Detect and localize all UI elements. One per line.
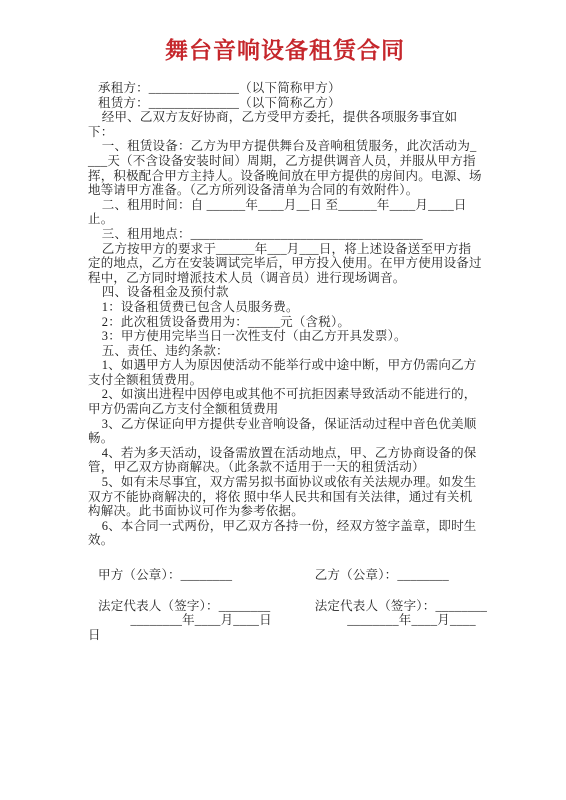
party-b-seal-line: 乙方（公章）：________ [305, 568, 482, 583]
party-b-representative-cell: 法定代表人（签字）：________ ________年____月____ [305, 599, 482, 628]
party-b-representative-line: 法定代表人（签字）：________ [305, 599, 482, 614]
lessor-party-line: 租赁方：______________（以下简称乙方） [88, 96, 482, 111]
clause-4-item-3: 3：甲方使用完毕当日一次性支付（由乙方开具发票）。 [88, 329, 482, 344]
clause-5-item-2: 2、如演出进程中因停电或其他不可抗拒因素导致活动不能进行的，甲方仍需向乙方支付全… [88, 387, 482, 416]
intro-paragraph: 经甲、乙双方友好协商，乙方受甲方委托，提供各项服务事宜如下： [88, 110, 482, 139]
party-a-representative-line: 法定代表人（签字）：________ [88, 599, 305, 614]
signature-spacer [88, 583, 482, 599]
party-a-representative-cell: 法定代表人（签字）：________ ________年____月____日 [88, 599, 305, 628]
clause-4-heading-rent-prepayment: 四、设备租金及预付款 [88, 285, 482, 300]
clause-4-item-1: 1：设备租赁费已包含人员服务费。 [88, 300, 482, 315]
clause-3-delivery-paragraph: 乙方按甲方的要求于______年___月___日，将上述设备送至甲方指定的地点，… [88, 242, 482, 286]
party-a-seal-line: 甲方（公章）：________ [88, 568, 305, 583]
party-b-date-line: ________年____月____ [305, 613, 482, 628]
clause-5-item-4: 4、若为多天活动，设备需放置在活动地点，甲、乙方协商设备的保管，甲乙双方协商解决… [88, 446, 482, 475]
party-a-date-line: ________年____月____日 [88, 613, 305, 628]
clause-1-equipment: 一、租赁设备：乙方为甲方提供舞台及音响租赁服务，此次活动为____天（不含设备安… [88, 139, 482, 197]
party-b-date-wrapped-character: 日 [88, 628, 482, 643]
representative-row: 法定代表人（签字）：________ ________年____月____日 法… [88, 599, 482, 628]
signature-block: 甲方（公章）：________ 乙方（公章）：________ 法定代表人（签字… [88, 568, 482, 642]
lessee-party-line: 承租方：______________（以下简称甲方） [88, 81, 482, 96]
clause-5-item-5: 5、如有未尽事宜，双方需另拟书面协议或依有关法规办理。如发生双方不能协商解决的，… [88, 475, 482, 519]
clause-5-heading-liability: 五、责任、违约条款： [88, 344, 482, 359]
clause-6-validity: 6、本合同一式两份，甲乙双方各持一份，经双方签字盖章，即时生效。 [88, 519, 482, 548]
clause-5-item-3: 3、乙方保证向甲方提供专业音响设备，保证活动过程中音色优美顺畅。 [88, 417, 482, 446]
clause-2-rental-period: 二、租用时间：自 ______年____月__日 至______年____月__… [88, 198, 482, 227]
clause-4-item-2: 2：此次租赁设备费用为：_____元（含税）。 [88, 315, 482, 330]
contract-page: 舞台音响设备租赁合同 承租方：______________（以下简称甲方） 租赁… [0, 0, 566, 800]
clause-3-rental-location: 三、租用地点：_________________________________… [88, 227, 482, 242]
clause-5-item-1: 1、如遇甲方人为原因使活动不能举行或中途中断，甲方仍需向乙方支付全额租赁费用。 [88, 358, 482, 387]
party-b-seal-cell: 乙方（公章）：________ [305, 568, 482, 583]
contract-title: 舞台音响设备租赁合同 [88, 32, 482, 65]
seal-row: 甲方（公章）：________ 乙方（公章）：________ [88, 568, 482, 583]
party-a-seal-cell: 甲方（公章）：________ [88, 568, 305, 583]
